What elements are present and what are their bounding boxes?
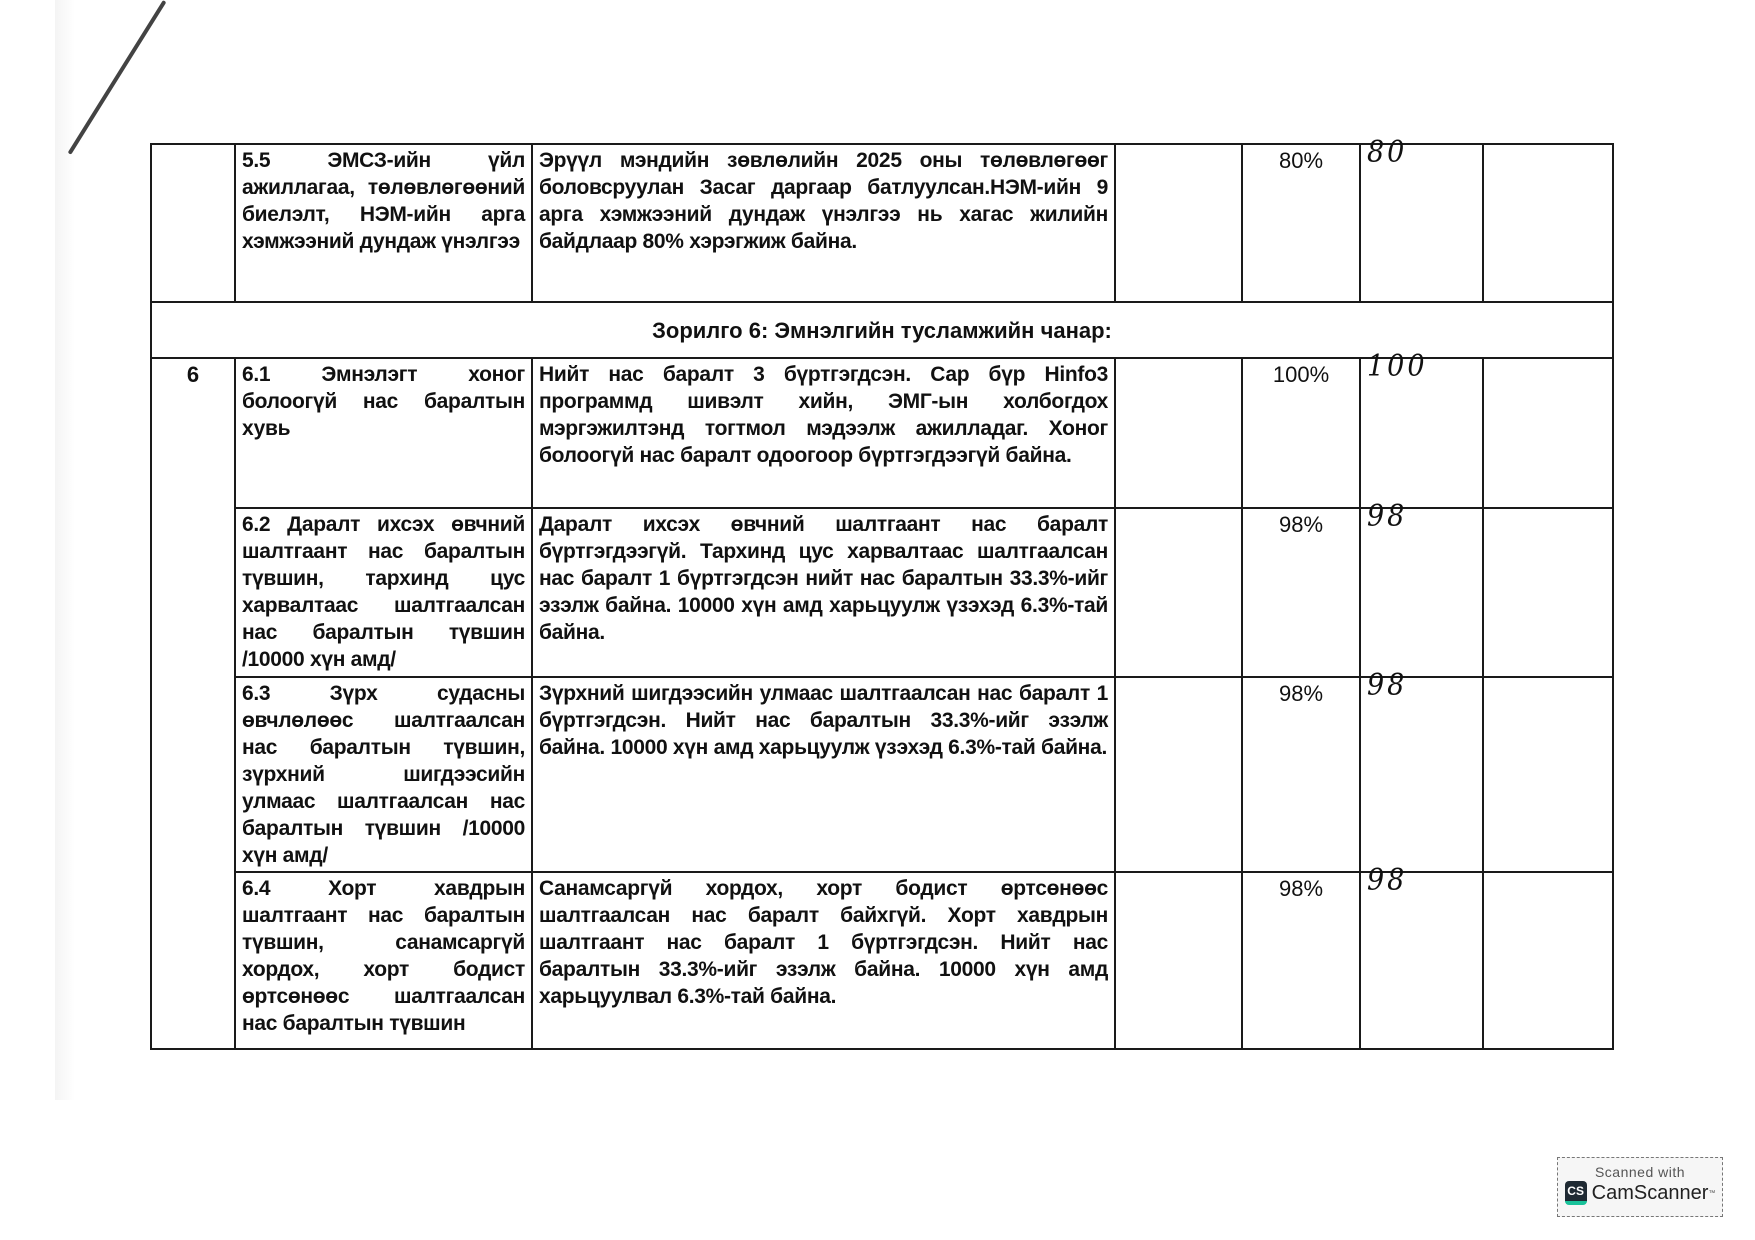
watermark-brand: CS CamScanner™ (1558, 1181, 1722, 1205)
handwritten-score-cell: 98 (1360, 872, 1483, 1049)
description-cell: Эрүүл мэндийн зөвлөлийн 2025 оны төлөвлө… (532, 144, 1115, 302)
percent-cell: 98% (1242, 508, 1360, 677)
handwritten-score: 100 (1367, 353, 1428, 380)
trademark-symbol: ™ (1708, 1190, 1715, 1197)
indicator-cell: 6.3 Зүрх судасны өвчлөлөөс шалтгаалсан н… (235, 677, 532, 872)
blank-cell (1115, 144, 1242, 302)
percent-cell: 98% (1242, 872, 1360, 1049)
indicator-cell: 6.2 Даралт ихсэх өвчний шалтгаант нас ба… (235, 508, 532, 677)
percent-cell: 98% (1242, 677, 1360, 872)
handwritten-score-cell: 98 (1360, 508, 1483, 677)
blank-cell (1115, 872, 1242, 1049)
description-cell: Нийт нас баралт 3 бүртгэгдсэн. Сар бүр H… (532, 358, 1115, 508)
watermark-caption: Scanned with (1558, 1164, 1722, 1180)
handwritten-score-cell: 80 (1360, 144, 1483, 302)
handwritten-score: 80 (1367, 139, 1407, 166)
table-row: 6.3 Зүрх судасны өвчлөлөөс шалтгаалсан н… (151, 677, 1613, 872)
goal-number-cell: 6 (151, 358, 235, 1049)
table-row: 6.4 Хорт хавдрын шалтгаант нас баралтын … (151, 872, 1613, 1049)
handwritten-score: 98 (1367, 503, 1407, 530)
camscanner-watermark: Scanned with CS CamScanner™ (1557, 1157, 1723, 1217)
table-row: 6 6.1 Эмнэлэгт хоног болоогүй нас баралт… (151, 358, 1613, 508)
percent-cell: 100% (1242, 358, 1360, 508)
blank-cell (1483, 677, 1613, 872)
indicator-cell: 6.1 Эмнэлэгт хоног болоогүй нас баралтын… (235, 358, 532, 508)
description-cell: Санамсаргүй хордох, хорт бодист өртсөнөө… (532, 872, 1115, 1049)
percent-cell: 80% (1242, 144, 1360, 302)
description-cell: Зүрхний шигдээсийн улмаас шалтгаалсан на… (532, 677, 1115, 872)
blank-cell (1115, 677, 1242, 872)
handwritten-score-cell: 98 (1360, 677, 1483, 872)
evaluation-table: 5.5 ЭМСЗ-ийн үйл ажиллагаа, төлөвлөгөөни… (150, 143, 1614, 1050)
row-number-cell (151, 144, 235, 302)
table-row: 6.2 Даралт ихсэх өвчний шалтгаант нас ба… (151, 508, 1613, 677)
watermark-brand-name: CamScanner (1592, 1182, 1709, 1205)
camscanner-logo-icon: CS (1565, 1181, 1587, 1205)
blank-cell (1483, 358, 1613, 508)
blank-cell (1115, 508, 1242, 677)
blank-cell (1483, 872, 1613, 1049)
blank-cell (1483, 508, 1613, 677)
indicator-cell: 5.5 ЭМСЗ-ийн үйл ажиллагаа, төлөвлөгөөни… (235, 144, 532, 302)
handwritten-score: 98 (1367, 867, 1407, 894)
table-row: 5.5 ЭМСЗ-ийн үйл ажиллагаа, төлөвлөгөөни… (151, 144, 1613, 302)
handwritten-score-cell: 100 (1360, 358, 1483, 508)
indicator-cell: 6.4 Хорт хавдрын шалтгаант нас баралтын … (235, 872, 532, 1049)
blank-cell (1115, 358, 1242, 508)
handwritten-score: 98 (1367, 672, 1407, 699)
description-cell: Даралт ихсэх өвчний шалтгаант нас баралт… (532, 508, 1115, 677)
blank-cell (1483, 144, 1613, 302)
